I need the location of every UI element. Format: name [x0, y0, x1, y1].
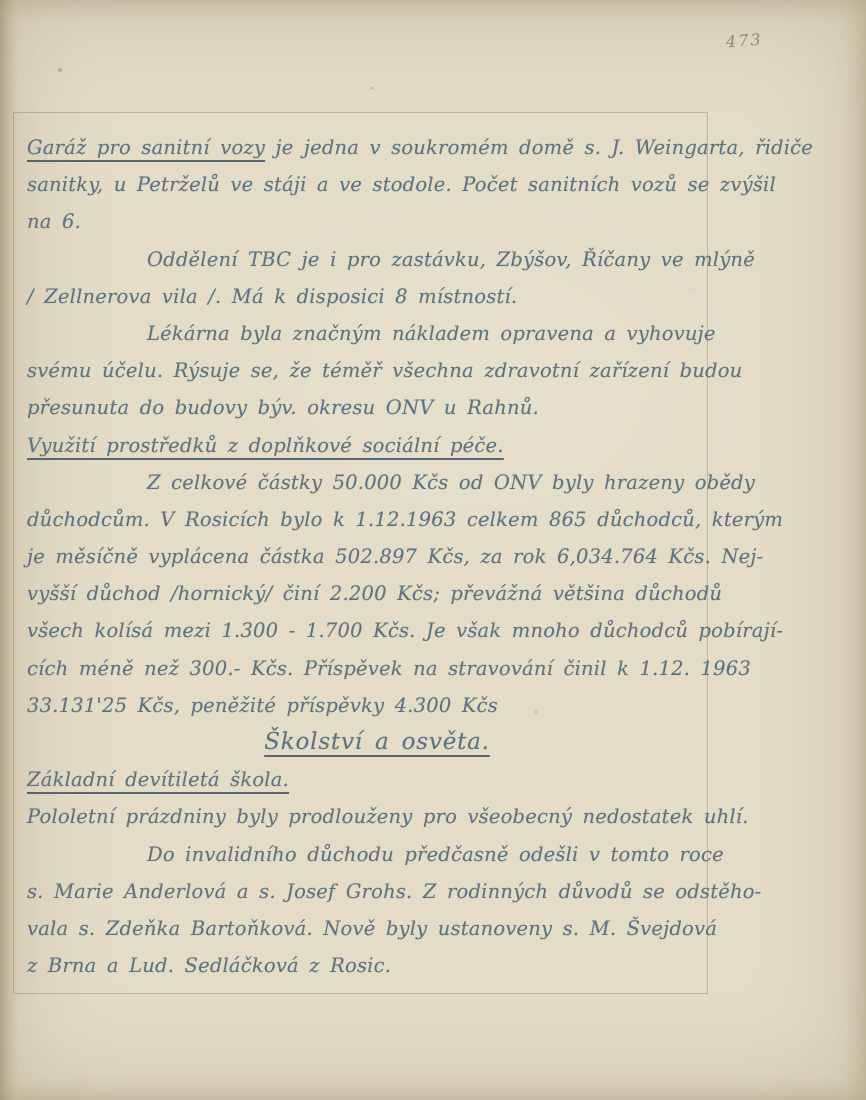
- paragraph-line: Z celkové částky 50.000 Kčs od ONV byly …: [27, 464, 727, 501]
- paragraph-line: z Brna a Lud. Sedláčková z Rosic.: [27, 947, 727, 984]
- chronicle-scanned-page: 473 Garáž pro sanitní vozy je jedna v so…: [0, 0, 866, 1100]
- handwritten-text-block: Garáž pro sanitní vozy je jedna v soukro…: [27, 129, 727, 984]
- section-heading-social-care: Využití prostředků z doplňkové sociální …: [27, 427, 727, 464]
- paragraph-line: Do invalidního důchodu předčasně odešli …: [27, 836, 727, 873]
- paragraph-line: svému účelu. Rýsuje se, že téměř všechna…: [27, 352, 727, 389]
- paragraph-line: 33.131'25 Kčs, peněžité příspěvky 4.300 …: [27, 687, 727, 724]
- paragraph-line: vyšší důchod /hornický/ činí 2.200 Kčs; …: [27, 575, 727, 612]
- paragraph-line: vala s. Zdeňka Bartoňková. Nově byly ust…: [27, 910, 727, 947]
- paragraph-line: přesunuta do budovy býv. okresu ONV u Ra…: [27, 389, 727, 426]
- section-heading-education: Školství a osvěta.: [27, 724, 727, 761]
- heading-text: Základní devítiletá škola.: [27, 768, 289, 791]
- section-heading-elementary-school: Základní devítiletá škola.: [27, 761, 727, 798]
- paragraph-line: / Zellnerova vila /. Má k disposici 8 mí…: [27, 278, 727, 315]
- paragraph-line: všech kolísá mezi 1.300 - 1.700 Kčs. Je …: [27, 612, 727, 649]
- paragraph-line: s. Marie Anderlová a s. Josef Grohs. Z r…: [27, 873, 727, 910]
- underlined-phrase: Garáž pro sanitní vozy: [27, 136, 265, 159]
- line-text: je jedna v soukromém domě s. J. Weingart…: [265, 136, 813, 159]
- paragraph-line: Garáž pro sanitní vozy je jedna v soukro…: [27, 129, 727, 166]
- heading-text: Školství a osvěta.: [264, 729, 490, 755]
- paragraph-line: Pololetní prázdniny byly prodlouženy pro…: [27, 798, 727, 835]
- paragraph-line: sanitky, u Petrželů ve stáji a ve stodol…: [27, 166, 727, 203]
- paragraph-line: na 6.: [27, 203, 727, 240]
- paragraph-line: je měsíčně vyplácena částka 502.897 Kčs,…: [27, 538, 727, 575]
- paragraph-line: důchodcům. V Rosicích bylo k 1.12.1963 c…: [27, 501, 727, 538]
- heading-text: Využití prostředků z doplňkové sociální …: [27, 434, 504, 457]
- paragraph-line: Lékárna byla značným nákladem opravena a…: [27, 315, 727, 352]
- page-number: 473: [725, 30, 763, 52]
- paragraph-line: Oddělení TBC je i pro zastávku, Zbýšov, …: [27, 241, 727, 278]
- paragraph-line: cích méně než 300.- Kčs. Příspěvek na st…: [27, 650, 727, 687]
